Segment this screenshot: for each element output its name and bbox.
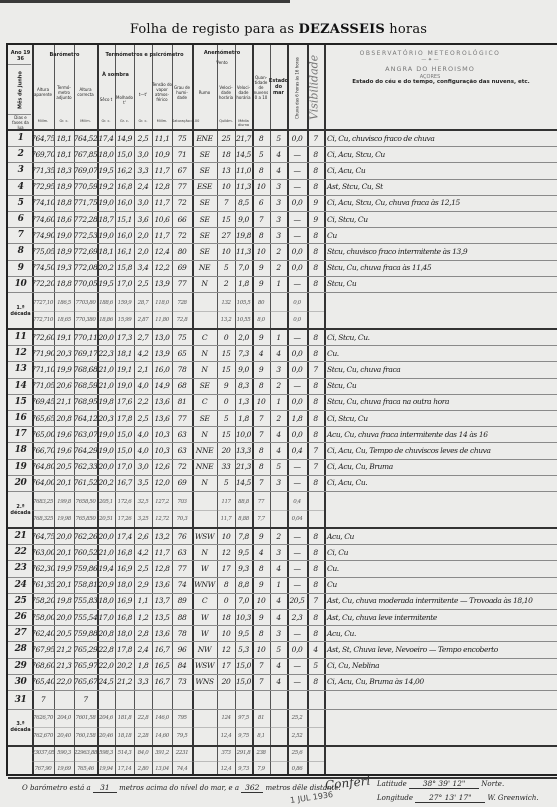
row-cell-vis: 8 xyxy=(307,560,324,576)
row-cell-t-adj: 18,1 xyxy=(54,146,74,162)
row-day-cell: 5 xyxy=(9,195,32,211)
row-cell-tensao: 14,9 xyxy=(152,378,172,394)
row-cell-nuv: 7 xyxy=(252,658,270,674)
decade-sum-tensao: 127,2 xyxy=(152,493,172,510)
decade-sum-alt-ap: 7727,10 xyxy=(32,294,54,311)
row-cell-tdiff: 2,5 xyxy=(134,130,152,146)
row-cell-vm: 14,5 xyxy=(235,475,252,491)
row-cell-grau: 78 xyxy=(172,625,192,641)
row-cell-molh: 16,8 xyxy=(115,609,134,625)
row-cell-rumo: N xyxy=(192,345,217,361)
decade-mean-seco: 18,86 xyxy=(97,311,115,328)
row-cell-alt-ap: 766,70 xyxy=(32,442,54,458)
row-cell-alt-ap: 774,60 xyxy=(32,211,54,227)
row-cell-alt-cor: 768,95 xyxy=(74,394,97,410)
row-cell-vm: 21,7 xyxy=(235,130,252,146)
row-cell-chuva: 0,4 xyxy=(287,442,307,458)
decade-mean-vh: 12,4 xyxy=(217,727,235,745)
row-cell-rumo: C xyxy=(192,394,217,410)
row-cell-tdiff: 3,0 xyxy=(134,195,152,211)
row-cell-vh: 25 xyxy=(217,130,235,146)
row-cell-tensao: 16,0 xyxy=(152,361,172,377)
row-cell-chuva: 0,0 xyxy=(287,641,307,657)
row-cell-t-adj: 19,3 xyxy=(54,260,74,276)
row-cell-rumo: SE xyxy=(192,378,217,394)
row-cell-mar: 4 xyxy=(270,162,287,178)
row-cell-t-adj: 19,9 xyxy=(54,361,74,377)
row-cell-grau: 68 xyxy=(172,378,192,394)
row-day-cell: 23 xyxy=(9,560,32,576)
row-cell-nuv: 9 xyxy=(252,260,270,276)
title-hour: DEZASSEIS xyxy=(299,22,385,37)
row-cell-grau: 72 xyxy=(172,459,192,475)
row-cell-tdiff: 2,4 xyxy=(134,179,152,195)
row-cell-ceu: Cu xyxy=(324,577,557,593)
row-cell-ceu: Ci, Acu, Cu. xyxy=(324,475,557,491)
row-cell-tensao: 12,4 xyxy=(152,243,172,259)
barometer-distance: 362 xyxy=(241,783,263,793)
row-cell-rumo: N xyxy=(192,475,217,491)
decade-mean-tensao: 11,80 xyxy=(152,311,172,328)
footer-text-2: metros acima do nível do mar, e a xyxy=(119,784,239,792)
row-cell-vis: 9 xyxy=(307,211,324,227)
row-cell-alt-cor: 771,75 xyxy=(74,195,97,211)
row-cell-seco: 19,0 xyxy=(97,227,115,243)
row-cell-tdiff: 4,0 xyxy=(134,426,152,442)
row-cell-vis: 8 xyxy=(307,260,324,276)
page-title: Folha de registo para as DEZASSEIS horas xyxy=(0,22,557,37)
row-cell-tensao: 13,0 xyxy=(152,329,172,345)
row-cell-molh: 16,7 xyxy=(115,475,134,491)
row-cell-rumo: SE xyxy=(192,162,217,178)
row-cell-vh: 10 xyxy=(217,179,235,195)
row-cell-vm: 13,3 xyxy=(235,442,252,458)
row-cell-tdiff: 3,0 xyxy=(134,146,152,162)
row-cell-chuva: — xyxy=(287,475,307,491)
row-cell-t-adj: 18,9 xyxy=(54,243,74,259)
row-day-cell: 26 xyxy=(9,609,32,625)
row-cell-vh: 15 xyxy=(217,345,235,361)
row-cell-t-adj: 20,8 xyxy=(54,410,74,426)
row-cell-alt-cor: 760,52 xyxy=(74,544,97,560)
decade-mean-tdiff: 2,28 xyxy=(134,727,152,745)
row-cell-alt-ap: 767,95 xyxy=(32,641,54,657)
row-cell-tensao: 16,7 xyxy=(152,641,172,657)
row-day-cell: 25 xyxy=(9,593,32,609)
decade-mean-alt-cor: 760,158 xyxy=(74,727,97,745)
row-cell-seco: 20,9 xyxy=(97,577,115,593)
row-cell-tdiff: 2,4 xyxy=(134,641,152,657)
row-cell-ceu: Stcu, Cu xyxy=(324,276,557,292)
row-cell-nuv: 10 xyxy=(252,593,270,609)
row-cell-vis: 9 xyxy=(307,195,324,211)
row-cell-t-adj: 20,5 xyxy=(54,459,74,475)
decade-mean-t-adj: 20,40 xyxy=(54,727,74,745)
row-cell-tensao: 12,8 xyxy=(152,560,172,576)
row-cell-tensao: 11,7 xyxy=(152,195,172,211)
row-cell-alt-cor: 767,85 xyxy=(74,146,97,162)
row-cell-molh: 18,1 xyxy=(115,345,134,361)
row-cell-vm: 1,3 xyxy=(235,394,252,410)
row-cell-grau: 67 xyxy=(172,162,192,178)
row-cell-vis: 7 xyxy=(307,459,324,475)
row-cell-seco: 20,8 xyxy=(97,625,115,641)
row-cell-tensao: 13,7 xyxy=(152,593,172,609)
row-cell-tdiff: 1,1 xyxy=(134,593,152,609)
decade-sum-molh: 181,8 xyxy=(115,709,134,727)
row-cell-nuv: 8 xyxy=(252,442,270,458)
row-cell-vm: 15,0 xyxy=(235,658,252,674)
row-cell-ceu: Ci, Stcu, Cu xyxy=(324,410,557,426)
row-cell-vh: 15 xyxy=(217,426,235,442)
row-cell-chuva: — xyxy=(287,211,307,227)
row-cell-t-adj: 20,0 xyxy=(54,609,74,625)
decade-sum-vm: 97,5 xyxy=(235,709,252,727)
row-cell-grau: 75 xyxy=(172,130,192,146)
row-cell-nuv: 8 xyxy=(252,162,270,178)
row-cell-rumo: SE xyxy=(192,227,217,243)
row-day-cell: 3 xyxy=(9,162,32,178)
row-day-cell: 8 xyxy=(9,243,32,259)
row-cell-vh: 20 xyxy=(217,442,235,458)
decade-sum-vh: 373 xyxy=(217,745,235,761)
row-cell-chuva: — xyxy=(287,276,307,292)
row-cell-vis: 8 xyxy=(307,625,324,641)
row-cell-alt-cor: 772,53 xyxy=(74,227,97,243)
row-cell-rumo: N xyxy=(192,544,217,560)
row-cell-mar: 4 xyxy=(270,674,287,690)
row-cell-t-adj: 20,0 xyxy=(54,528,74,544)
row-cell-vm: 7,3 xyxy=(235,345,252,361)
row-cell-ceu: Ci, Cu, Neblina xyxy=(324,658,557,674)
row-cell-vh: 15 xyxy=(217,361,235,377)
row-day-cell: 2 xyxy=(9,146,32,162)
row-cell-rumo: N xyxy=(192,426,217,442)
row-cell-vm: 5,3 xyxy=(235,641,252,657)
row-cell-ceu: Ci, Cu xyxy=(324,544,557,560)
row-cell-vh: 2 xyxy=(217,276,235,292)
row-cell-grau: 81 xyxy=(172,394,192,410)
row-cell-vm: 7,8 xyxy=(235,528,252,544)
row-cell-molh: 18,0 xyxy=(115,577,134,593)
row-cell-grau: 77 xyxy=(172,410,192,426)
row-cell-ceu: Ast, Stcu, Cu, St xyxy=(324,179,557,195)
decade-sum-grau: 703 xyxy=(172,493,192,510)
row-cell-mar: 4 xyxy=(270,560,287,576)
decade-sum-t-adj: 590,3 xyxy=(54,745,74,761)
row-cell-mar: 4 xyxy=(270,609,287,625)
row-cell-grau: 89 xyxy=(172,593,192,609)
row-cell-alt-cor: 772,28 xyxy=(74,211,97,227)
row-cell-vh: 10 xyxy=(217,625,235,641)
row-cell-mar: 5 xyxy=(270,459,287,475)
row-cell-vm: 19,8 xyxy=(235,227,252,243)
row-cell-vm: 21,3 xyxy=(235,459,252,475)
row-cell-molh: 17,4 xyxy=(115,528,134,544)
row-cell-rumo: SE xyxy=(192,410,217,426)
row-rule xyxy=(8,114,31,115)
row-cell-seco: 18,0 xyxy=(97,146,115,162)
row-cell-alt-cor: 762,26 xyxy=(74,528,97,544)
row-cell-vh: 0 xyxy=(217,394,235,410)
row-cell-t-adj: 18,8 xyxy=(54,276,74,292)
row-day-cell: 6 xyxy=(9,211,32,227)
row-cell-tdiff: 4,0 xyxy=(134,378,152,394)
decade-sum-seco: 598,3 xyxy=(97,745,115,761)
row-cell-vh: 10 xyxy=(217,243,235,259)
stamp-line-3: ANGRA DO HEROISMO xyxy=(345,65,515,73)
row-cell-seco: 22,8 xyxy=(97,641,115,657)
decade-sum-vh: 132 xyxy=(217,294,235,311)
row-cell-alt-ap: 774,90 xyxy=(32,227,54,243)
row-cell-seco: 20,3 xyxy=(97,410,115,426)
header-unit: Quilóm. xyxy=(217,119,235,123)
row-cell-tdiff: 3,5 xyxy=(134,475,152,491)
decade-sum-vh: 124 xyxy=(217,709,235,727)
row-cell-rumo: WNS xyxy=(192,674,217,690)
row-cell-alt-ap: 771,05 xyxy=(32,378,54,394)
row-cell-t-adj: 19,8 xyxy=(54,593,74,609)
row-day-cell: 12 xyxy=(9,345,32,361)
row-cell-ceu: Ci, Stcu, Cu xyxy=(324,211,557,227)
row-cell-grau: 96 xyxy=(172,641,192,657)
row-cell-tdiff: 4,2 xyxy=(134,345,152,361)
row-cell-chuva: — xyxy=(287,378,307,394)
row-cell-alt-cor: 770,05 xyxy=(74,276,97,292)
row-day-cell: 11 xyxy=(9,329,32,345)
row-cell-vis: 7 xyxy=(307,593,324,609)
decade-sum-grau: 728 xyxy=(172,294,192,311)
title-suffix: horas xyxy=(385,22,427,37)
header-barometer: Barómetro xyxy=(32,47,97,62)
row-cell-vm: 9,5 xyxy=(235,544,252,560)
footer-barometer-note: O barómetro está a 31 metros acima do ní… xyxy=(22,783,341,793)
row-cell-nuv: 7 xyxy=(252,410,270,426)
row-cell-tensao: 13,6 xyxy=(152,410,172,426)
header-shade: À sombra xyxy=(97,67,134,82)
row-day-cell: 22 xyxy=(9,544,32,560)
row-cell-nuv: 9 xyxy=(252,361,270,377)
row-cell-t-adj: 20,1 xyxy=(54,577,74,593)
decade-label: 1.ª década xyxy=(9,294,32,328)
row-cell-mar: 4 xyxy=(270,593,287,609)
row-cell-alt-cor: 759,86 xyxy=(74,560,97,576)
row-cell-vh: 8 xyxy=(217,577,235,593)
row-cell-mar: 1 xyxy=(270,276,287,292)
row-cell-vm: 9,3 xyxy=(235,560,252,576)
row-cell-rumo: SE xyxy=(192,243,217,259)
row-cell-grau: 72 xyxy=(172,195,192,211)
row-cell-t-adj: 18,1 xyxy=(54,130,74,146)
row-cell-rumo: ENE xyxy=(192,130,217,146)
row-day-cell: 4 xyxy=(9,179,32,195)
row-cell-grau: 63 xyxy=(172,544,192,560)
latitude-label: Latitude xyxy=(377,780,407,788)
row-cell-ceu: Ci, Acu, Cu, Bruma às 14,00 xyxy=(324,674,557,690)
row-cell-vis: 8 xyxy=(307,609,324,625)
row-cell-vh: 0 xyxy=(217,593,235,609)
row-rule xyxy=(8,292,557,293)
row-cell-alt-ap: 765,40 xyxy=(32,674,54,690)
row-cell-seco: 20,0 xyxy=(97,528,115,544)
row-cell-ceu: Stcu, Cu, chuva fraca xyxy=(324,361,557,377)
longitude-direction: W. Greenwich. xyxy=(488,794,539,802)
decade-mean-alt-ap: 772,710 xyxy=(32,311,54,328)
decade-sum-molh: 159,9 xyxy=(115,294,134,311)
decade-sum-tensao: 118,0 xyxy=(152,294,172,311)
row-cell-chuva: 0,0 xyxy=(287,130,307,146)
decade-mean-grau: 72,8 xyxy=(172,311,192,328)
row-cell-molh: 17,8 xyxy=(115,641,134,657)
row-cell-alt-ap: 769,45 xyxy=(32,394,54,410)
observatory-stamp: OBSERVATÓRIO METEOROLÓGICO — ✦ — ANGRA D… xyxy=(345,50,515,80)
decade-sum-alt-cor: 7703,80 xyxy=(74,294,97,311)
row-cell-nuv: 8 xyxy=(252,560,270,576)
decade-mean-tdiff: 2,87 xyxy=(134,311,152,328)
row-cell-vm: 10,0 xyxy=(235,426,252,442)
header-t-diff: t—t' xyxy=(134,77,152,112)
row-cell-tensao: 13,2 xyxy=(152,528,172,544)
row-cell-chuva: 0,0 xyxy=(287,260,307,276)
row-cell-vis: 8 xyxy=(307,528,324,544)
header-anemometer: Anemómetro xyxy=(192,47,252,58)
row-cell-tensao: 12,6 xyxy=(152,459,172,475)
decade-mean-molh: 18,18 xyxy=(115,727,134,745)
decade-mean-alt-ap: 768,325 xyxy=(32,510,54,527)
row-rule xyxy=(8,491,557,492)
row-cell-molh: 19,1 xyxy=(115,361,134,377)
row-cell-nuv: 4 xyxy=(252,345,270,361)
row-cell-tensao: 10,9 xyxy=(152,146,172,162)
decade-sum-t-adj: 186,5 xyxy=(54,294,74,311)
decade-mean-vh: 12,4 xyxy=(217,761,235,777)
decade-mean-chuva: 2,52 xyxy=(287,727,307,745)
row-cell-t-adj: 21,3 xyxy=(54,658,74,674)
row-cell-ceu: Stcu, chuvisco fraco intermitente às 13,… xyxy=(324,243,557,259)
header-unit: Milím. xyxy=(74,119,97,123)
row-cell-seco: 21,0 xyxy=(97,378,115,394)
row-cell-vm: 8,5 xyxy=(235,195,252,211)
row-cell-alt-cor: 765,97 xyxy=(74,658,97,674)
row-cell-tdiff: 2,2 xyxy=(134,394,152,410)
header-unit: Média diurna xyxy=(235,119,252,127)
row-cell-t-adj: 19,1 xyxy=(54,329,74,345)
decade-label: 3.ª década xyxy=(9,709,32,745)
decade-mean-chuva: 0,0 xyxy=(287,311,307,328)
row-day-cell: 9 xyxy=(9,260,32,276)
row-cell-ceu: Cu. xyxy=(324,345,557,361)
row-day-cell: 15 xyxy=(9,394,32,410)
row-cell-alt-cor: 762,33 xyxy=(74,459,97,475)
row-cell-molh: 21,2 xyxy=(115,674,134,690)
row-cell-t-adj: 19,0 xyxy=(54,227,74,243)
row-cell-vm: 2,0 xyxy=(235,329,252,345)
row-cell-alt-ap: 771,90 xyxy=(32,345,54,361)
row-cell-mar: 2 xyxy=(270,243,287,259)
row-rule xyxy=(32,311,324,312)
row-cell-vh: 17 xyxy=(217,658,235,674)
row-cell-rumo: N xyxy=(192,361,217,377)
row-cell-alt-ap: 762,30 xyxy=(32,560,54,576)
row-cell-t-adj: 19,6 xyxy=(54,426,74,442)
row-cell-alt-cor: 765,67 xyxy=(74,674,97,690)
row-day-cell: 24 xyxy=(9,577,32,593)
row-cell-vm: 9,0 xyxy=(235,211,252,227)
row-cell-mar: 1 xyxy=(270,577,287,593)
row-cell-alt-cor: 768,68 xyxy=(74,361,97,377)
row-cell-vis: 8 xyxy=(307,146,324,162)
row-cell-tdiff: 4,0 xyxy=(134,442,152,458)
row-cell-nuv: 8 xyxy=(252,459,270,475)
row-cell-vm: 8,3 xyxy=(235,378,252,394)
header-mean-speed: Veloci-dade horária xyxy=(235,72,252,112)
header-cloud-amount: Quan-tidade de nuvens 0 a 10 xyxy=(252,62,270,112)
row-cell-seco: 19,2 xyxy=(97,179,115,195)
decade-mean-t-adj: 19,98 xyxy=(54,510,74,527)
row-cell-rumo: WSW xyxy=(192,658,217,674)
decade-sum-molh: 172,6 xyxy=(115,493,134,510)
row-cell-grau: 66 xyxy=(172,211,192,227)
row-cell-vh: 12 xyxy=(217,544,235,560)
header-wind: Vento xyxy=(192,58,252,66)
row-cell-nuv: 10 xyxy=(252,179,270,195)
row-cell-t-adj: 18,3 xyxy=(54,162,74,178)
decade-mean-nuv: 8,1 xyxy=(252,727,270,745)
row-cell-vh: 9 xyxy=(217,378,235,394)
row-cell-ceu: Cu xyxy=(324,227,557,243)
row-cell-alt-ap: 772,20 xyxy=(32,276,54,292)
row-cell-vis: 8 xyxy=(307,394,324,410)
decade-mean-alt-ap: 767,90 xyxy=(32,761,54,777)
header-humidity: Grau de humi-dade xyxy=(172,72,192,112)
row-day-cell: 31 xyxy=(9,690,32,709)
row-cell-alt-ap: 769,70 xyxy=(32,146,54,162)
row-day-cell: 28 xyxy=(9,641,32,657)
decade-mean-tdiff: 2,80 xyxy=(134,761,152,777)
decade-sum-grau: 795 xyxy=(172,709,192,727)
row-cell-alt-ap: 761,35 xyxy=(32,577,54,593)
row-cell-ceu: Ast, Cu, chuva leve intermitente xyxy=(324,609,557,625)
scan-border xyxy=(0,0,290,3)
row-cell-vh: 0 xyxy=(217,329,235,345)
row-cell-mar: 2 xyxy=(270,410,287,426)
row-cell-alt-cor: 770,59 xyxy=(74,179,97,195)
header-unit: Saturação=100 xyxy=(172,119,192,123)
row-cell-t-adj: 19,6 xyxy=(54,442,74,458)
row-cell-alt-ap: 758,20 xyxy=(32,593,54,609)
row-cell-nuv: 9 xyxy=(252,577,270,593)
row-cell-rumo: ESE xyxy=(192,179,217,195)
row-cell-mar: 4 xyxy=(270,146,287,162)
row-cell-nuv: 7 xyxy=(252,426,270,442)
row-cell-ceu: Ci, Acu, Cu, Tempo de chuviscos leves de… xyxy=(324,442,557,458)
row-cell-molh: 15,1 xyxy=(115,211,134,227)
row-rule xyxy=(32,510,324,511)
decade-sum-nuv: 80 xyxy=(252,294,270,311)
row-cell-tensao: 13,6 xyxy=(152,577,172,593)
row-cell-vis: 8 xyxy=(307,544,324,560)
row-cell-t-adj: 22,0 xyxy=(54,674,74,690)
row-cell-vis: 8 xyxy=(307,329,324,345)
row-cell-vis: 7 xyxy=(307,130,324,146)
row-cell-ceu: Cu. xyxy=(324,560,557,576)
decade-mean-seco: 20,46 xyxy=(97,727,115,745)
row-cell-vis: 8 xyxy=(307,243,324,259)
row-cell-tdiff: 4,2 xyxy=(134,544,152,560)
row-cell-mar: 1 xyxy=(270,394,287,410)
row-cell-chuva: 0,0 xyxy=(287,195,307,211)
row-cell-grau: 75 xyxy=(172,329,192,345)
